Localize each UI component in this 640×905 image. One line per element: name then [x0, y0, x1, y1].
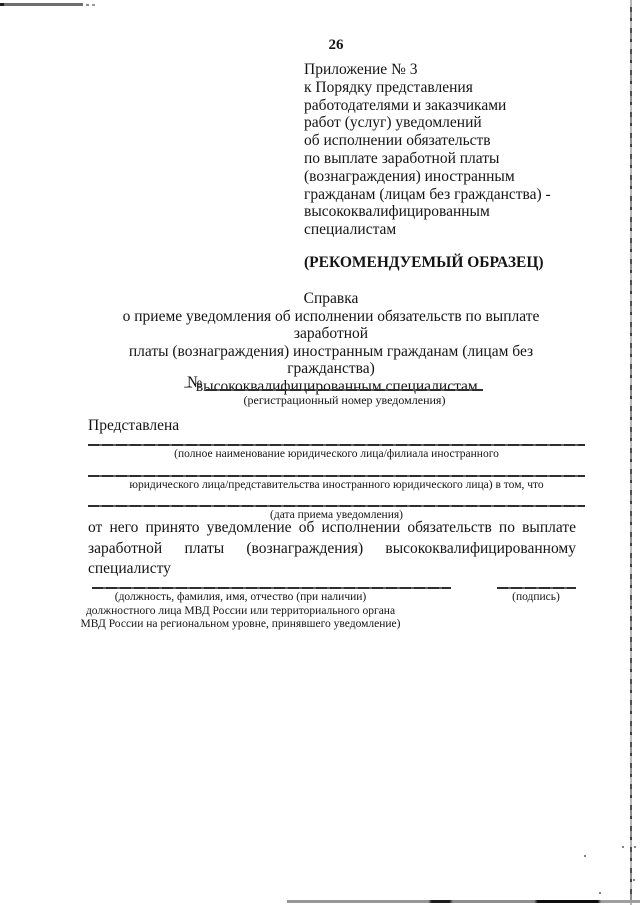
scan-artifact-dot [86, 4, 89, 6]
title-line: Справка [85, 290, 577, 308]
scan-artifact-dot [92, 4, 95, 6]
scan-artifact-speck [584, 855, 586, 857]
recommended-sample-label: (РЕКОМЕНДУЕМЫЙ ОБРАЗЕЦ) [304, 254, 544, 272]
signature-blank-official [92, 587, 451, 589]
body-paragraph: от него принято уведомление об исполнени… [88, 518, 576, 580]
appendix-line: по выплате заработной платы [304, 150, 604, 168]
appendix-line: специалистам [304, 221, 604, 239]
blank-caption-organization-1: (полное наименование юридического лица/ф… [88, 448, 585, 460]
registration-number-sign: № [187, 374, 202, 392]
presented-label: Представлена [88, 417, 179, 435]
official-caption-line: (должность, фамилия, имя, отчество (при … [53, 591, 428, 605]
blank-caption-organization-2: юридического лица/представительства инос… [88, 479, 585, 491]
appendix-line: гражданам (лицам без гражданства) - [304, 186, 604, 204]
official-caption: (должность, фамилия, имя, отчество (при … [53, 591, 428, 632]
scan-artifact-bottom-line [287, 900, 640, 903]
scan-artifact-speck [633, 879, 635, 881]
paragraph-line: от него принято уведомление об исполнени… [88, 518, 576, 539]
scan-artifact-speck [599, 892, 601, 894]
blank-underline-organization-2 [88, 475, 585, 477]
appendix-line: Приложение № 3 [304, 61, 604, 79]
blank-underline-organization-1 [88, 444, 585, 446]
document-page: 26 Приложение № 3 к Порядку представлени… [0, 0, 640, 905]
blank-underline-date [88, 505, 585, 507]
scan-artifact-speck [622, 846, 624, 848]
appendix-line: (вознаграждения) иностранным [304, 168, 604, 186]
scan-artifact-right-edge-line [630, 0, 632, 905]
appendix-line: об исполнении обязательств [304, 132, 604, 150]
scan-artifact-speck [634, 846, 636, 848]
registration-number-blank [206, 389, 483, 391]
appendix-line: работ (услуг) уведомлений [304, 114, 604, 132]
registration-number-caption: (регистрационный номер уведомления) [206, 393, 483, 408]
official-caption-line: должностного лица МВД России или террито… [53, 605, 428, 619]
appendix-header: Приложение № 3 к Порядку представления р… [304, 61, 604, 239]
title-line: о приеме уведомления об исполнении обяза… [85, 308, 577, 343]
signature-caption: (подпись) [476, 591, 596, 603]
appendix-line: высококвалифицированным [304, 203, 604, 221]
official-caption-line: МВД России на региональном уровне, приня… [53, 618, 428, 632]
signature-blank-sign [497, 587, 576, 589]
appendix-line: работодателями и заказчиками [304, 97, 604, 115]
paragraph-line: заработной платы (вознаграждения) высоко… [88, 539, 576, 560]
paragraph-line: специалисту [88, 559, 576, 580]
page-number: 26 [16, 37, 640, 54]
title-line: платы (вознаграждения) иностранным гражд… [85, 343, 577, 378]
appendix-line: к Порядку представления [304, 79, 604, 97]
scan-artifact-top-line [0, 3, 83, 6]
certificate-title: Справка о приеме уведомления об исполнен… [85, 290, 577, 396]
